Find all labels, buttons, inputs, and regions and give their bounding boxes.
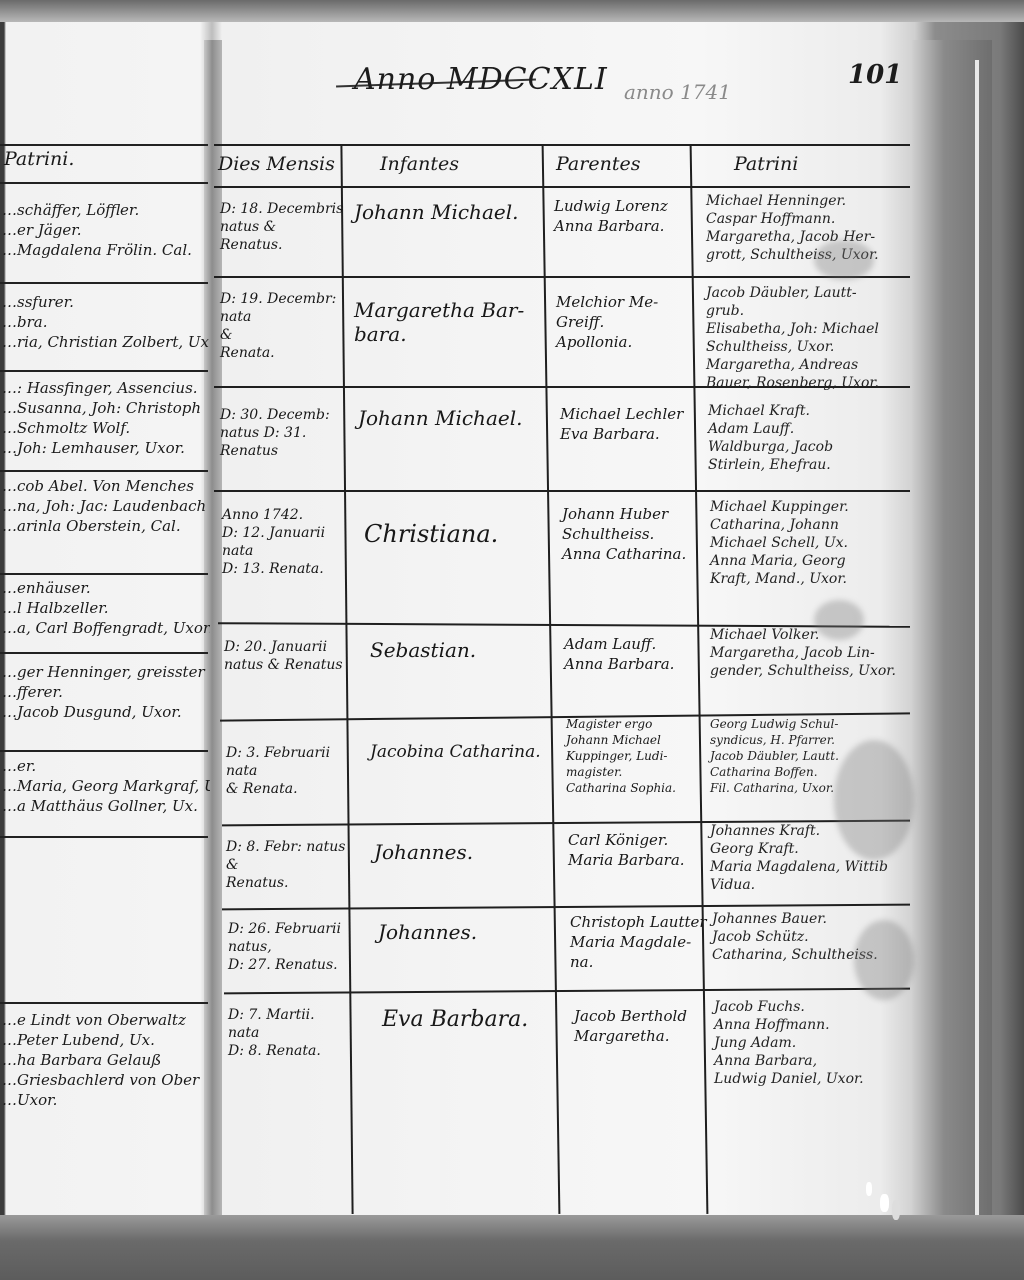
entry-line: …ha Barbara Gelauß — [2, 1050, 210, 1070]
fore-edge-highlight — [975, 60, 979, 1220]
entry-parents: Adam Lauff. Anna Barbara. — [564, 634, 704, 674]
left-page-entry: …enhäuser. …l Halbzeller. …a, Carl Boffe… — [2, 578, 210, 638]
entry-date: D: 20. Januarii natus & Renatus — [224, 638, 352, 674]
entry-godparents: Michael Volker. Margaretha, Jacob Lin- g… — [710, 626, 910, 680]
left-page-rule — [0, 470, 208, 472]
column-header-dies-mensis: Dies Mensis — [218, 153, 335, 175]
entry-line: …Griesbachlerd von Ober — [2, 1070, 210, 1090]
scan-top-edge — [0, 0, 1024, 22]
entry-line: …Magdalena Frölin. Cal. — [2, 240, 210, 260]
entry-parents: Ludwig Lorenz Anna Barbara. — [554, 196, 694, 236]
entry-line: …Joh: Lemhauser, Uxor. — [2, 438, 210, 458]
row-rule — [214, 276, 910, 278]
entry-infant-name: Eva Barbara. — [382, 1008, 572, 1032]
entry-line: …Maria, Georg Markgraf, Ux. — [2, 776, 210, 796]
entry-infant-name: Johannes. — [374, 840, 564, 864]
row-rule — [214, 490, 910, 492]
column-header-infantes: Infantes — [380, 153, 459, 175]
entry-infant-name: Johannes. — [378, 920, 568, 944]
left-page-entry: …: Hassfinger, Assencius. …Susanna, Joh:… — [2, 378, 210, 458]
entry-line: …Jacob Dusgund, Uxor. — [2, 702, 210, 722]
left-page-rule — [0, 182, 208, 184]
left-page-entry: …ssfurer. …bra. …ria, Christian Zolbert,… — [2, 292, 210, 352]
entry-infant-name: Sebastian. — [370, 638, 560, 662]
entry-line: …na, Joh: Jac: Laudenbach — [2, 496, 210, 516]
page-heading-year: Anno MDCCXLI — [354, 62, 608, 97]
entry-line: …a, Carl Boffengradt, Uxor. — [2, 618, 210, 638]
entry-godparents: Jacob Däubler, Lautt- grub. Elisabetha, … — [706, 284, 906, 392]
left-page-rule — [0, 1002, 208, 1004]
entry-infant-name: Margaretha Bar- bara. — [354, 298, 544, 346]
book-fore-edge — [912, 40, 992, 1220]
entry-date: D: 19. Decembr: nata & Renata. — [220, 290, 348, 362]
entry-godparents: Jacob Fuchs. Anna Hoffmann. Jung Adam. A… — [714, 998, 914, 1088]
entry-godparents: Michael Kuppinger. Catharina, Johann Mic… — [710, 498, 910, 588]
entry-date: D: 30. Decemb: natus D: 31. Renatus — [220, 406, 348, 460]
entry-parents: Jacob Berthold Margaretha. — [574, 1006, 714, 1046]
folio-number: 101 — [848, 60, 902, 90]
entry-line: …enhäuser. — [2, 578, 210, 598]
entry-line: …ria, Christian Zolbert, Ux. — [2, 332, 210, 352]
entry-date: Anno 1742. D: 12. Januarii nata D: 13. R… — [222, 506, 350, 578]
entry-date: D: 8. Febr: natus & Renatus. — [226, 838, 354, 892]
left-page-entry: …er. …Maria, Georg Markgraf, Ux. …a Matt… — [2, 756, 210, 816]
left-page-entry: …schäffer, Löffler. …er Jäger. …Magdalen… — [2, 200, 210, 260]
left-page-entry: …cob Abel. Von Menches …na, Joh: Jac: La… — [2, 476, 210, 536]
entry-parents: Magister ergo Johann Michael Kuppinger, … — [566, 716, 706, 796]
right-page: Anno MDCCXLI anno 1741 101 Dies Mensis I… — [214, 40, 914, 1220]
entry-line: …ger Henninger, greisster — [2, 662, 210, 682]
left-page-rule — [0, 652, 208, 654]
table-header-rule — [214, 186, 910, 188]
entry-infant-name: Jacobina Catharina. — [370, 740, 560, 764]
entry-line: …fferer. — [2, 682, 210, 702]
left-page: Patrini. …schäffer, Löffler. …er Jäger. … — [0, 40, 210, 1230]
column-header-patrini: Patrini — [734, 153, 798, 175]
entry-line: …schäffer, Löffler. — [2, 200, 210, 220]
entry-line: …a Matthäus Gollner, Ux. — [2, 796, 210, 816]
entry-line: …Susanna, Joh: Christoph — [2, 398, 210, 418]
left-page-rule — [0, 573, 208, 575]
column-header-parentes: Parentes — [556, 153, 640, 175]
left-page-rule — [0, 750, 208, 752]
entry-infant-name: Johann Michael. — [358, 406, 548, 430]
entry-line: …Peter Lubend, Ux. — [2, 1030, 210, 1050]
entry-parents: Christoph Lautter Maria Magdale- na. — [570, 912, 710, 972]
entry-line: …Schmoltz Wolf. — [2, 418, 210, 438]
entry-line: …e Lindt von Oberwaltz — [2, 1010, 210, 1030]
entry-date: D: 18. Decembris natus & Renatus. — [220, 200, 348, 254]
entry-date: D: 26. Februarii natus, D: 27. Renatus. — [228, 920, 356, 974]
left-page-entry: …e Lindt von Oberwaltz …Peter Lubend, Ux… — [2, 1010, 210, 1110]
entry-godparents: Michael Kraft. Adam Lauff. Waldburga, Ja… — [708, 402, 908, 474]
scan-smudge — [814, 600, 864, 640]
left-page-rule — [0, 144, 208, 146]
entry-godparents: Michael Henninger. Caspar Hoffmann. Marg… — [706, 192, 906, 264]
left-page-column-header: Patrini. — [4, 148, 74, 170]
page-heading-faint-note: anno 1741 — [624, 80, 731, 104]
entry-infant-name: Johann Michael. — [354, 200, 544, 224]
scan-smudge — [814, 240, 874, 280]
row-rule — [224, 988, 910, 995]
entry-date: D: 3. Februarii nata & Renata. — [226, 744, 354, 798]
left-page-entry: …ger Henninger, greisster …fferer. …Jaco… — [2, 662, 210, 722]
entry-parents: Carl Königer. Maria Barbara. — [568, 830, 708, 870]
entry-line: …: Hassfinger, Assencius. — [2, 378, 210, 398]
left-page-rule — [0, 282, 208, 284]
entry-line: …ssfurer. — [2, 292, 210, 312]
entry-parents: Michael Lechler Eva Barbara. — [560, 404, 700, 444]
entry-parents: Melchior Me- Greiff. Apollonia. — [556, 292, 696, 352]
scan-smudge — [854, 920, 914, 1000]
entry-line: …Uxor. — [2, 1090, 210, 1110]
entry-line: …er Jäger. — [2, 220, 210, 240]
entry-line: …l Halbzeller. — [2, 598, 210, 618]
entry-line: …cob Abel. Von Menches — [2, 476, 210, 496]
table-top-rule — [214, 144, 910, 146]
left-page-rule — [0, 836, 208, 838]
scan-smudge — [834, 740, 914, 860]
entry-line: …er. — [2, 756, 210, 776]
entry-parents: Johann Huber Schultheiss. Anna Catharina… — [562, 504, 702, 564]
left-page-rule — [0, 370, 208, 372]
entry-date: D: 7. Martii. nata D: 8. Renata. — [228, 1006, 356, 1060]
entry-line: …arinla Oberstein, Cal. — [2, 516, 210, 536]
entry-infant-name: Christiana. — [364, 522, 554, 546]
entry-line: …bra. — [2, 312, 210, 332]
